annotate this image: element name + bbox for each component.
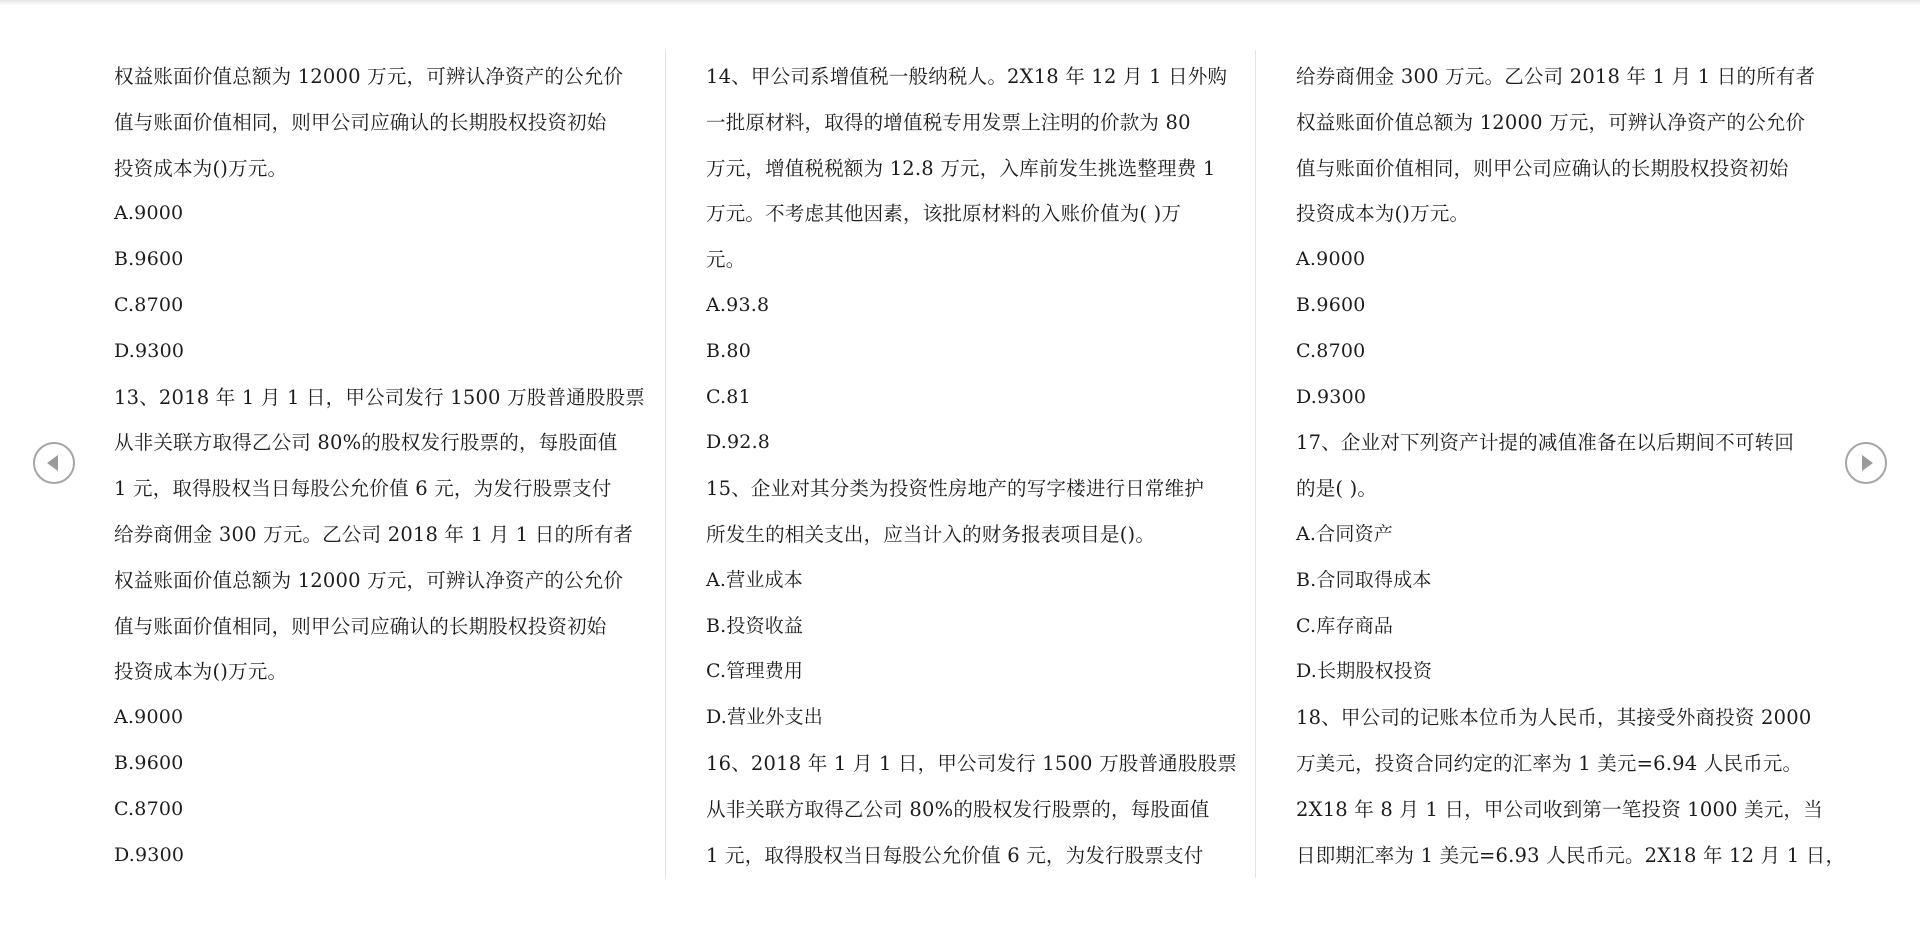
answer-option: C.8700 — [114, 787, 625, 833]
question-text-line: 的是( )。 — [1296, 466, 1806, 512]
question-text-line: 16、2018 年 1 月 1 日，甲公司发行 1500 万股普通股股票 — [706, 741, 1215, 787]
question-text-line: 17、企业对下列资产计提的减值准备在以后期间不可转回 — [1296, 420, 1806, 466]
question-text-line: 13、2018 年 1 月 1 日，甲公司发行 1500 万股普通股股票 — [114, 375, 625, 421]
answer-option: B.合同取得成本 — [1296, 558, 1806, 604]
question-text-line: 给券商佣金 300 万元。乙公司 2018 年 1 月 1 日的所有者 — [1296, 54, 1806, 100]
question-text-line: 权益账面价值总额为 12000 万元，可辨认净资产的公允价 — [114, 54, 625, 100]
question-text-line: 投资成本为()万元。 — [114, 649, 625, 695]
chevron-left-circle-icon — [35, 444, 73, 482]
prev-page-button[interactable] — [33, 442, 75, 484]
question-text-line: 所发生的相关支出，应当计入的财务报表项目是()。 — [706, 512, 1215, 558]
question-text-line: 权益账面价值总额为 12000 万元，可辨认净资产的公允价 — [1296, 100, 1806, 146]
question-text-line: 一批原材料，取得的增值税专用发票上注明的价款为 80 — [706, 100, 1215, 146]
answer-option: D.长期股权投资 — [1296, 649, 1806, 695]
answer-option: C.库存商品 — [1296, 604, 1806, 650]
answer-option: A.合同资产 — [1296, 512, 1806, 558]
question-text-line: 值与账面价值相同，则甲公司应确认的长期股权投资初始 — [114, 604, 625, 650]
question-text-line: 从非关联方取得乙公司 80%的股权发行股票的，每股面值 — [114, 420, 625, 466]
question-text-line: 1 元，取得股权当日每股公允价值 6 元，为发行股票支付 — [706, 833, 1215, 878]
question-text-line: 15、企业对其分类为投资性房地产的写字楼进行日常维护 — [706, 466, 1215, 512]
page-column-3: 给券商佣金 300 万元。乙公司 2018 年 1 月 1 日的所有者权益账面价… — [1255, 50, 1846, 878]
answer-option: C.8700 — [114, 283, 625, 329]
answer-option: B.9600 — [114, 741, 625, 787]
question-text-line: 14、甲公司系增值税一般纳税人。2X18 年 12 月 1 日外购 — [706, 54, 1215, 100]
question-text-line: 值与账面价值相同，则甲公司应确认的长期股权投资初始 — [114, 100, 625, 146]
answer-option: B.80 — [706, 329, 1215, 375]
question-text-line: 2X18 年 8 月 1 日，甲公司收到第一笔投资 1000 美元，当 — [1296, 787, 1806, 833]
document-viewer: 权益账面价值总额为 12000 万元，可辨认净资产的公允价值与账面价值相同，则甲… — [74, 50, 1846, 878]
answer-option: D.9300 — [114, 833, 625, 878]
page-column-2: 14、甲公司系增值税一般纳税人。2X18 年 12 月 1 日外购一批原材料，取… — [665, 50, 1255, 878]
question-text-line: 万元，增值税税额为 12.8 万元，入库前发生挑选整理费 1 — [706, 146, 1215, 192]
question-text-line: 1 元，取得股权当日每股公允价值 6 元，为发行股票支付 — [114, 466, 625, 512]
answer-option: C.81 — [706, 375, 1215, 421]
answer-option: C.8700 — [1296, 329, 1806, 375]
answer-option: D.9300 — [114, 329, 625, 375]
question-text-line: 18、甲公司的记账本位币为人民币，其接受外商投资 2000 — [1296, 695, 1806, 741]
answer-option: C.管理费用 — [706, 649, 1215, 695]
column-text: 给券商佣金 300 万元。乙公司 2018 年 1 月 1 日的所有者权益账面价… — [1296, 54, 1806, 878]
question-text-line: 权益账面价值总额为 12000 万元，可辨认净资产的公允价 — [114, 558, 625, 604]
answer-option: A.9000 — [1296, 237, 1806, 283]
column-text: 权益账面价值总额为 12000 万元，可辨认净资产的公允价值与账面价值相同，则甲… — [114, 54, 625, 878]
answer-option: D.营业外支出 — [706, 695, 1215, 741]
answer-option: D.9300 — [1296, 375, 1806, 421]
question-text-line: 日即期汇率为 1 美元=6.93 人民币元。2X18 年 12 月 1 日， — [1296, 833, 1806, 878]
answer-option: B.投资收益 — [706, 604, 1215, 650]
page-column-1: 权益账面价值总额为 12000 万元，可辨认净资产的公允价值与账面价值相同，则甲… — [74, 50, 665, 878]
next-page-button[interactable] — [1845, 442, 1887, 484]
answer-option: A.9000 — [114, 695, 625, 741]
question-text-line: 万元。不考虑其他因素，该批原材料的入账价值为( )万 — [706, 191, 1215, 237]
question-text-line: 投资成本为()万元。 — [1296, 191, 1806, 237]
question-text-line: 元。 — [706, 237, 1215, 283]
answer-option: A.93.8 — [706, 283, 1215, 329]
question-text-line: 给券商佣金 300 万元。乙公司 2018 年 1 月 1 日的所有者 — [114, 512, 625, 558]
answer-option: D.92.8 — [706, 420, 1215, 466]
answer-option: A.营业成本 — [706, 558, 1215, 604]
answer-option: B.9600 — [1296, 283, 1806, 329]
question-text-line: 投资成本为()万元。 — [114, 146, 625, 192]
question-text-line: 值与账面价值相同，则甲公司应确认的长期股权投资初始 — [1296, 146, 1806, 192]
question-text-line: 万美元，投资合同约定的汇率为 1 美元=6.94 人民币元。 — [1296, 741, 1806, 787]
column-text: 14、甲公司系增值税一般纳税人。2X18 年 12 月 1 日外购一批原材料，取… — [706, 54, 1215, 878]
answer-option: A.9000 — [114, 191, 625, 237]
question-text-line: 从非关联方取得乙公司 80%的股权发行股票的，每股面值 — [706, 787, 1215, 833]
chevron-right-circle-icon — [1847, 444, 1885, 482]
answer-option: B.9600 — [114, 237, 625, 283]
top-shadow — [0, 0, 1920, 6]
